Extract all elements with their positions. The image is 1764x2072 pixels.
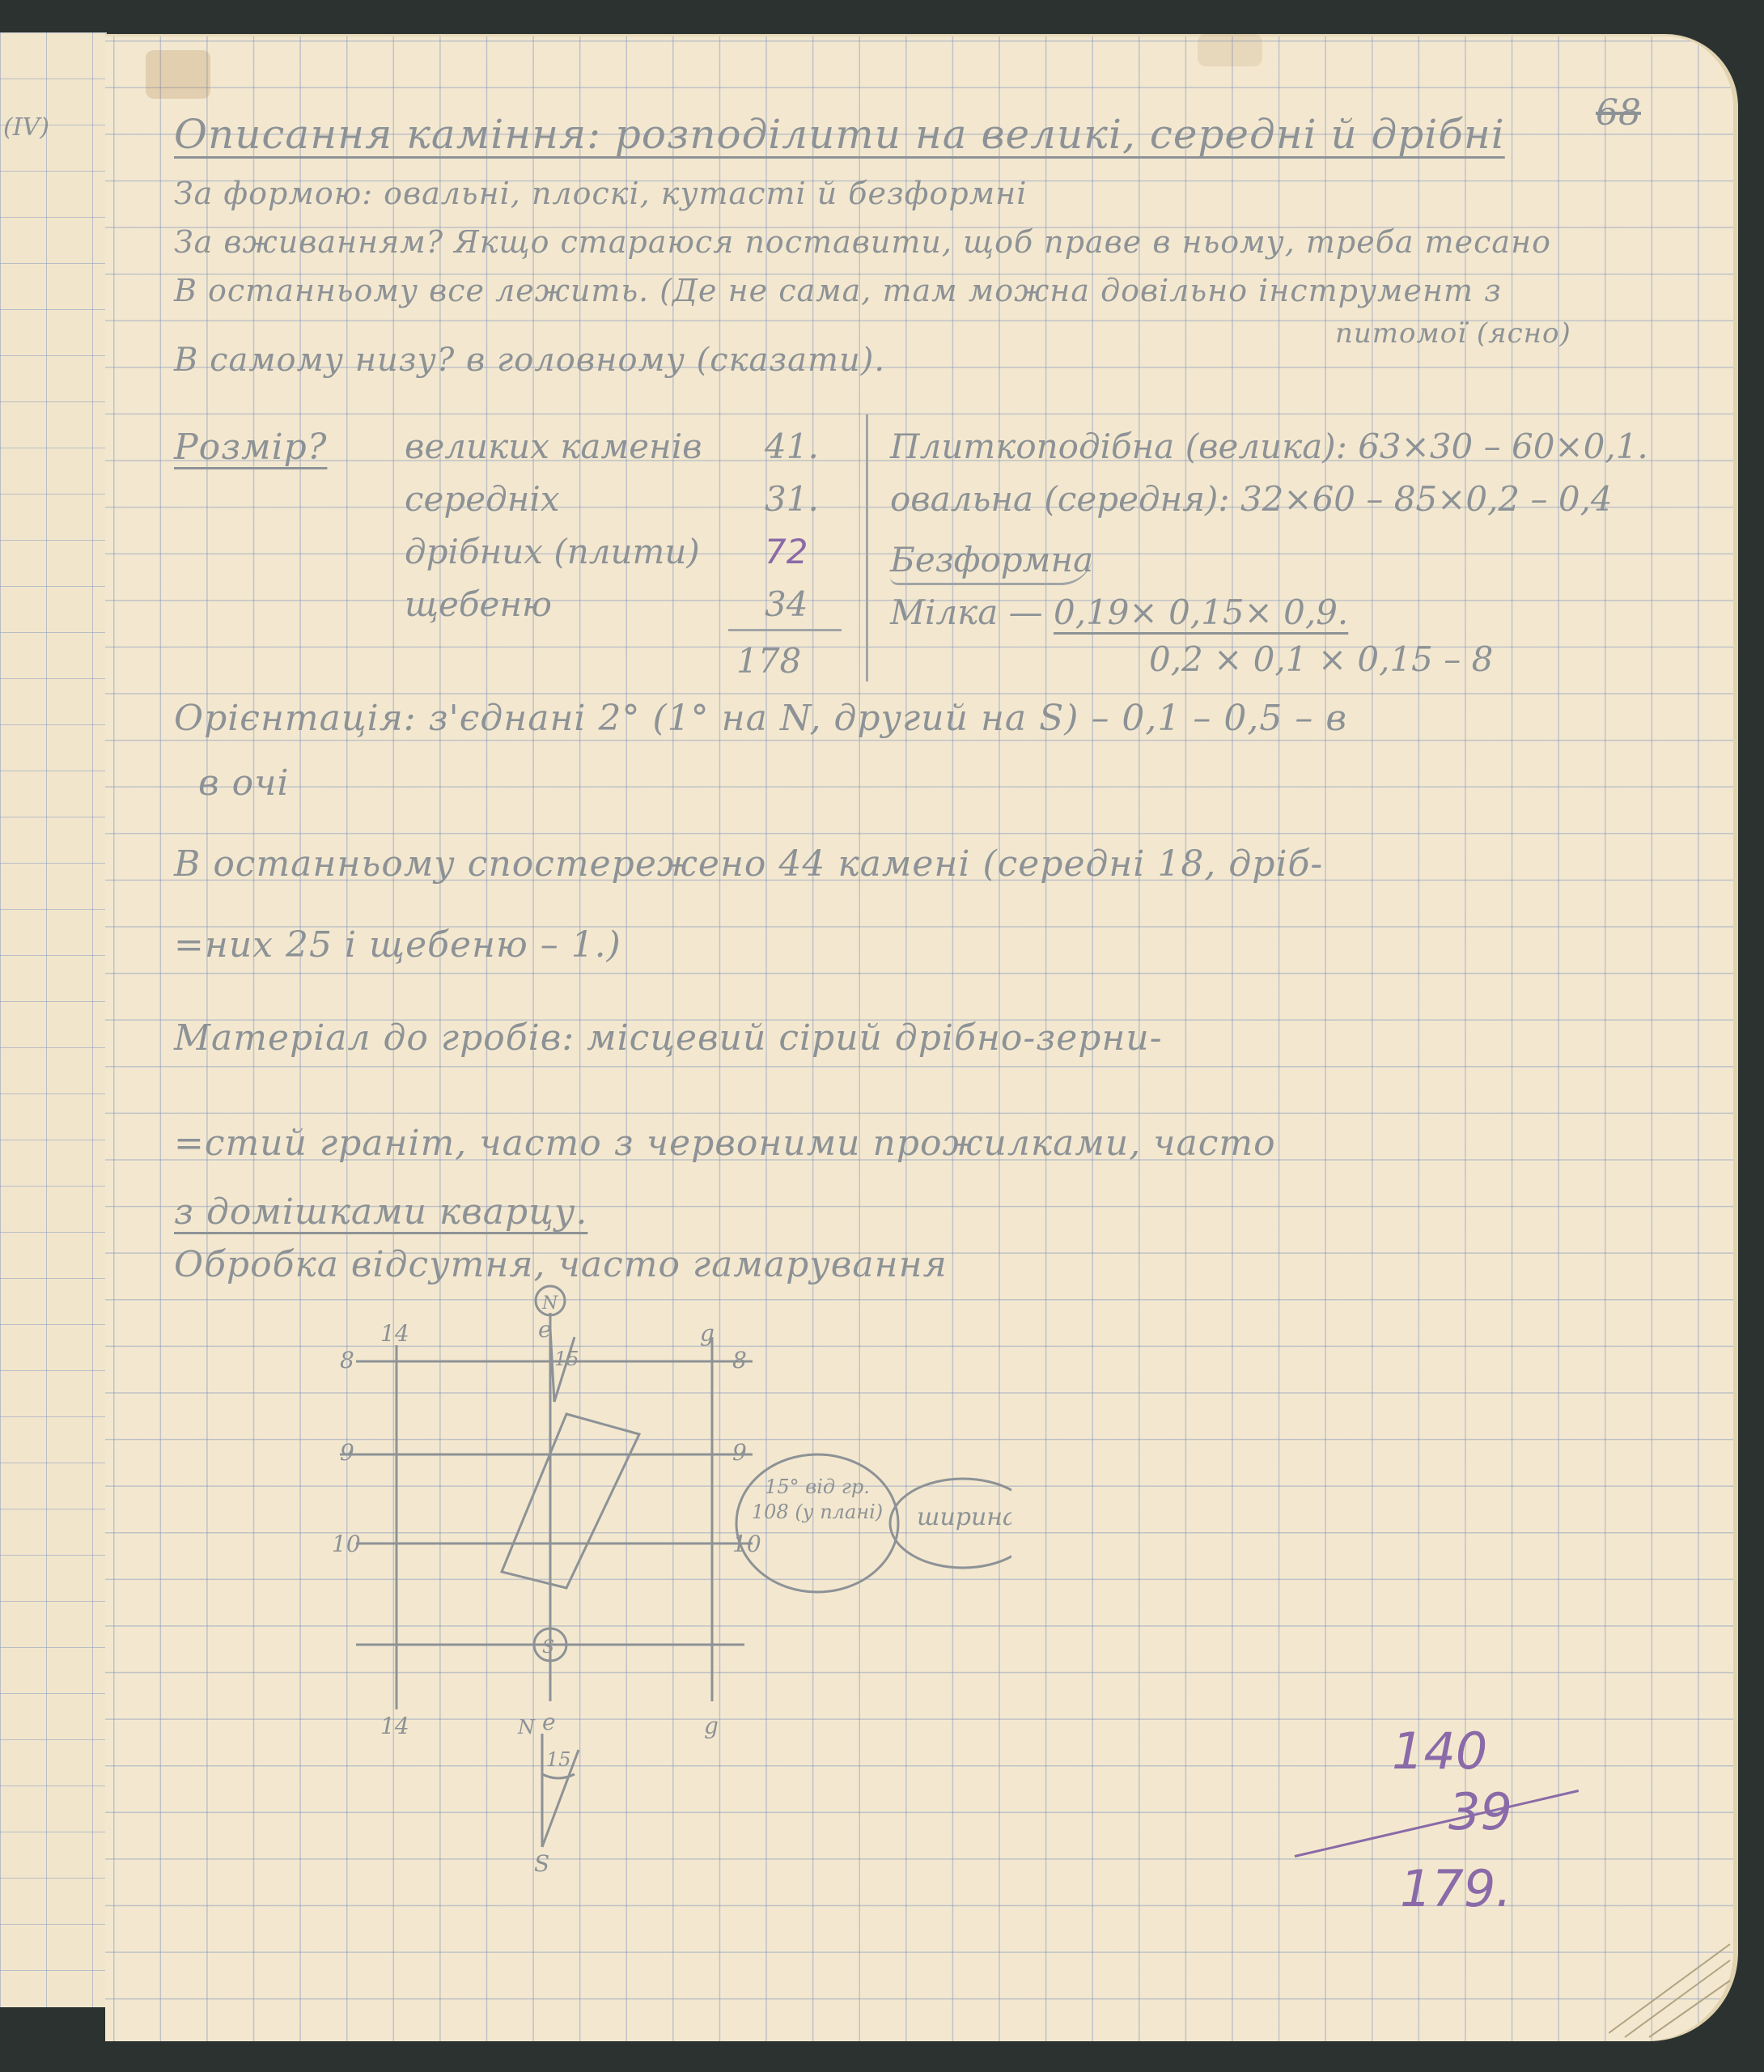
shape-row: Мілка — 0,19× 0,15× 0,9. xyxy=(890,592,1348,632)
size-row-value: 31. xyxy=(765,479,819,519)
col-label: g xyxy=(700,1320,715,1347)
shape-row: Плиткоподібна (велика): 63×30 – 60×0,1. xyxy=(890,427,1648,466)
shape-name: Безформна xyxy=(890,540,1093,585)
compass-angle: 15 xyxy=(546,1748,571,1771)
heading-line: Описання каміння: розподілити на великі,… xyxy=(174,111,1505,158)
shape-name: Плиткоподібна (велика) xyxy=(890,427,1336,466)
text-line: За вживанням? Якщо стараюся поставити, щ… xyxy=(174,224,1551,260)
orientation-line: в очі xyxy=(198,762,290,804)
angle-label: 15 xyxy=(554,1348,579,1370)
stain xyxy=(1198,34,1262,66)
compass-s: S xyxy=(534,1850,549,1877)
sum-a: 140 xyxy=(1392,1722,1487,1781)
shape-value: 63×30 – 60×0,1. xyxy=(1358,427,1648,466)
col-label: e xyxy=(542,1709,556,1735)
size-row-value: 34 xyxy=(765,584,808,624)
text-line: За формою: овальні, плоскі, кутасті й бе… xyxy=(174,176,1027,211)
col-label: 14 xyxy=(380,1713,409,1739)
stain xyxy=(146,50,210,99)
north-circle-label: N xyxy=(541,1293,558,1314)
shape-value: 0,19× 0,15× 0,9. xyxy=(1054,592,1348,632)
oval-note: ширина xyxy=(898,1503,1011,1531)
row-label: 9 xyxy=(340,1439,354,1466)
size-row-name: середніх xyxy=(405,479,560,519)
size-row-name: великих каменів xyxy=(405,427,702,466)
folded-corner-marks xyxy=(1609,1928,1738,2041)
shape-value: 0,2 × 0,1 × 0,15 – 8 xyxy=(1149,639,1493,679)
row-label: 10 xyxy=(332,1531,361,1557)
text-line: В останньому все лежить. (Де не сама, та… xyxy=(174,273,1502,308)
circled-note: 15° від гр. 108 (у плані) xyxy=(748,1475,886,1525)
size-row-name: щебеню xyxy=(405,584,552,624)
south-circle-label: S xyxy=(542,1637,554,1658)
material-line: з домішками кварцу. xyxy=(174,1191,587,1233)
row-label: 8 xyxy=(340,1347,354,1374)
page-number: 68 xyxy=(1596,92,1641,134)
row-label: 8 xyxy=(732,1347,747,1374)
grave-sketch: N S 14 e g 14 e g 8 9 10 8 9 10 15 N S 1… xyxy=(283,1248,1011,1879)
sizes-label: Розмір? xyxy=(174,427,327,468)
orientation-line: Орієнтація: з'єднані 2° (1° на N, другий… xyxy=(174,698,1347,739)
material-line: Матеріал до гробів: місцевий сірий дрібн… xyxy=(174,1017,1163,1059)
sum-rule xyxy=(1295,1790,1579,1858)
material-line: =стий граніт, часто з червоними прожилка… xyxy=(174,1123,1276,1164)
col-label: e xyxy=(538,1316,552,1343)
size-row-name: дрібних (плити) xyxy=(405,532,700,571)
col-label: 14 xyxy=(380,1320,409,1347)
left-page-fragment: (IV) xyxy=(3,113,49,142)
row-label: 9 xyxy=(732,1439,747,1466)
text-line: В самому низу? в головному (сказати). xyxy=(174,342,885,379)
size-row-value: 72 xyxy=(765,532,808,571)
notebook-page: 68 Описання каміння: розподілити на вели… xyxy=(105,34,1738,2041)
shape-value: 32×60 – 85×0,2 – 0,4 xyxy=(1240,479,1613,519)
remaining-text: В останньому спостережено 44 камені (сер… xyxy=(174,843,1323,885)
shape-name: овальна (середня) xyxy=(890,479,1218,519)
col-label: g xyxy=(704,1713,719,1739)
shape-name: Мілка xyxy=(890,592,998,632)
remaining-line: В останньому спостережено 44 камені (сер… xyxy=(174,843,1323,885)
size-row-value: 41. xyxy=(765,427,819,466)
shape-row: овальна (середня): 32×60 – 85×0,2 – 0,4 xyxy=(890,479,1613,519)
left-page-edge: (IV) xyxy=(0,32,107,2007)
sum-result: 179. xyxy=(1400,1859,1512,1918)
brace-divider xyxy=(866,414,868,681)
remaining-line: =них 25 і щебеню – 1.) xyxy=(174,924,621,966)
compass-n: N xyxy=(517,1716,536,1739)
sum-rule xyxy=(728,629,842,631)
size-total: 178 xyxy=(736,641,801,681)
text-line: питомої (ясно) xyxy=(1335,317,1571,350)
